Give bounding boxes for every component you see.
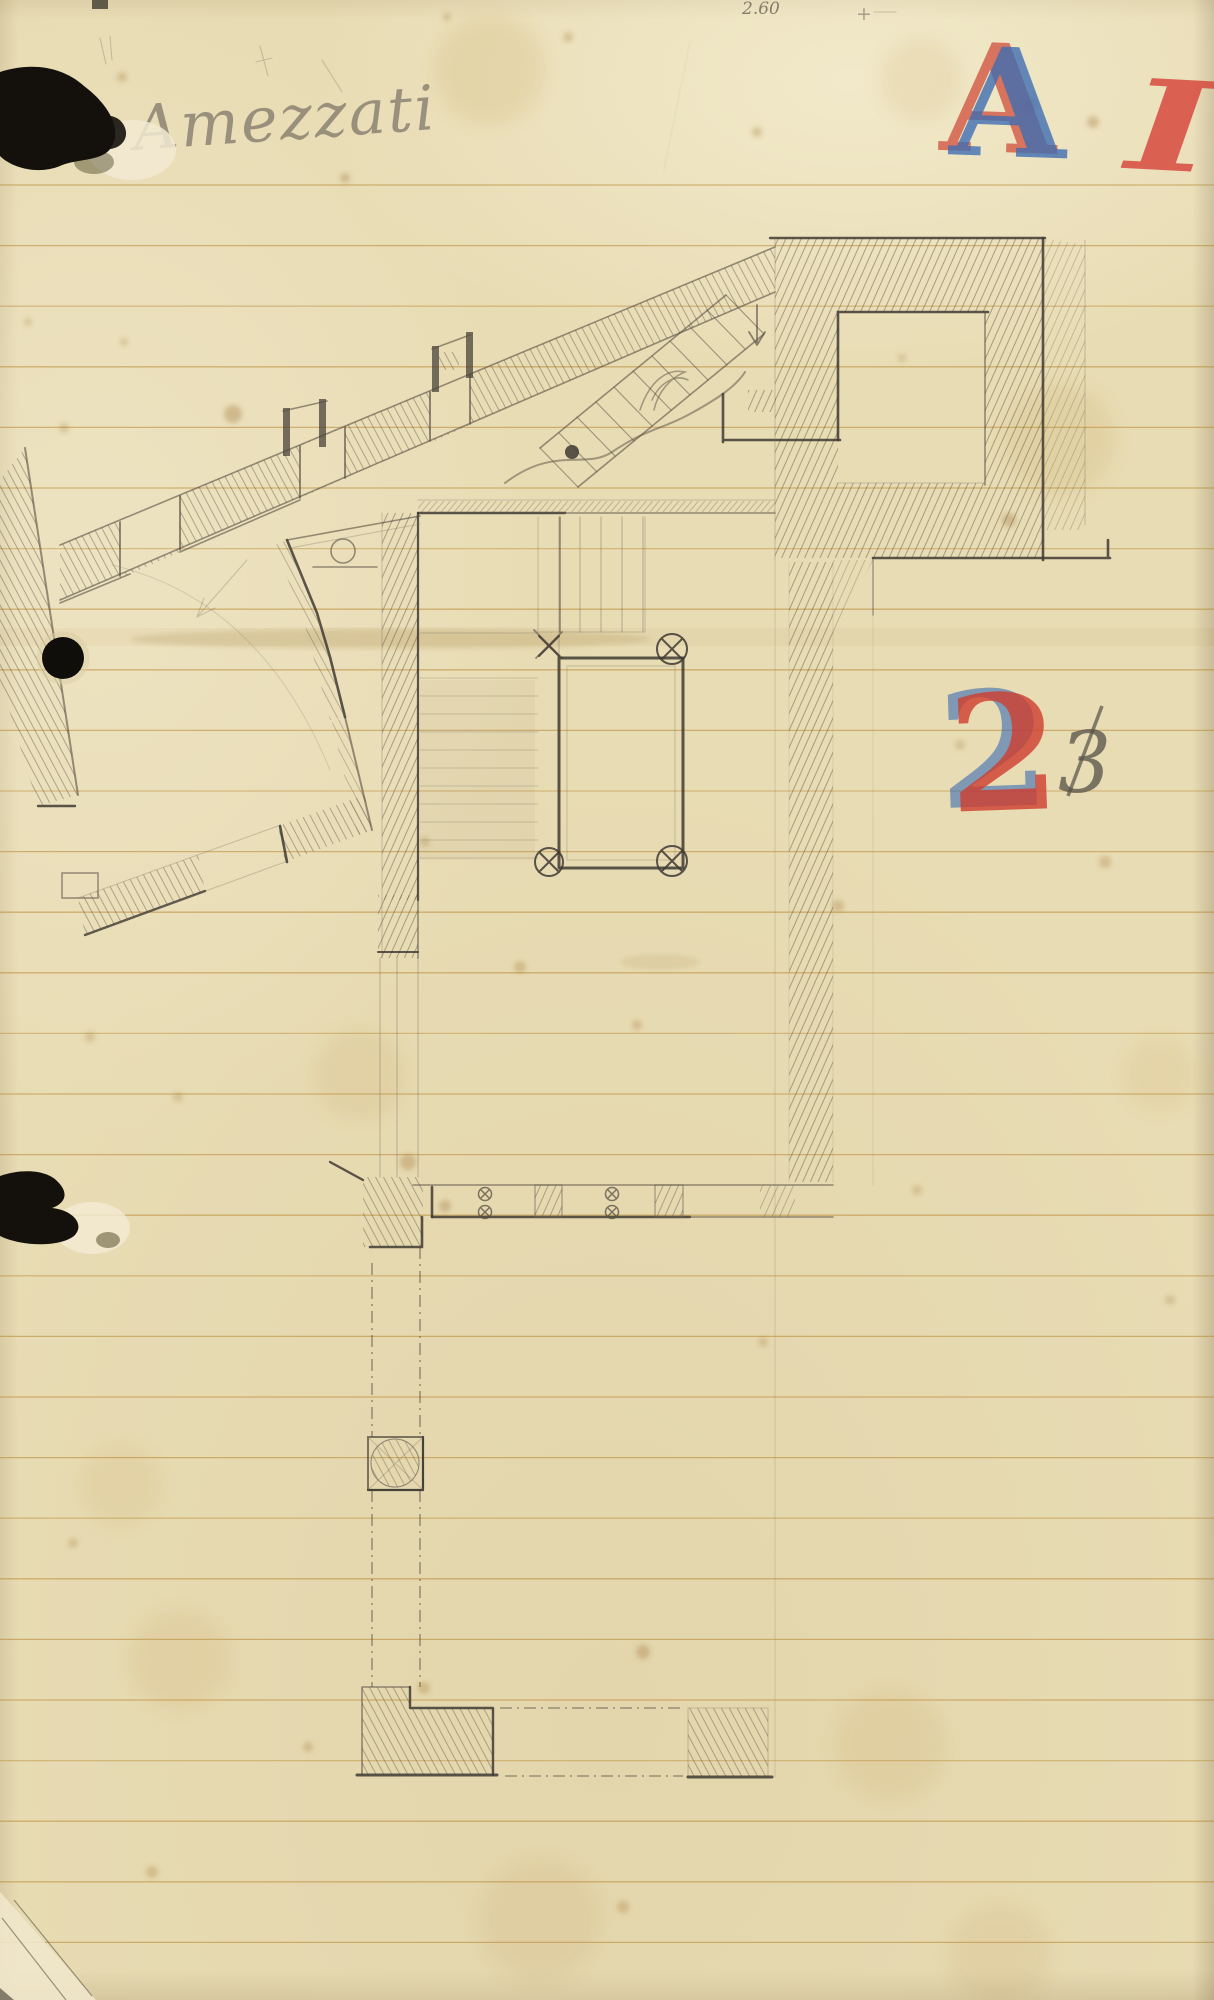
scanned-paper-sheet: Amezzati 2.60 + A A I 2 2 3	[0, 0, 1214, 2000]
mark-numeral-i: I	[1119, 50, 1214, 202]
axis-lines-and-pillar	[368, 1247, 423, 1687]
stair-newel	[565, 445, 579, 459]
hall-left-wall	[330, 513, 432, 1247]
hall-staircase	[420, 517, 645, 860]
pencil-plus-mark: +	[856, 3, 896, 25]
punch-hole	[39, 634, 87, 682]
svg-text:+: +	[856, 3, 872, 25]
mark-number-two: 2 2	[935, 654, 1063, 850]
square-pillar	[368, 1437, 423, 1490]
svg-text:A: A	[946, 14, 1073, 194]
top-edge-notch	[92, 0, 108, 9]
right-wall-strip	[789, 560, 873, 1182]
mark-number-three-slashed: 3	[1058, 706, 1111, 812]
svg-text:I: I	[1119, 50, 1214, 202]
svg-text:3: 3	[1058, 714, 1111, 812]
bottom-left-corner-tear	[0, 1892, 96, 2000]
left-margin-tear	[0, 1171, 130, 1254]
mark-letter-a: A A	[936, 10, 1073, 194]
floor-plan-drawing	[0, 238, 1110, 1777]
hall-top-wall	[418, 500, 775, 513]
leaf-flourish	[640, 371, 688, 410]
down-arrow	[749, 305, 765, 345]
lower-left-wing	[60, 560, 372, 935]
pencil-arrow	[197, 560, 247, 617]
svg-text:2: 2	[945, 658, 1063, 850]
pencil-dimension-note: 2.60	[741, 0, 780, 19]
top-right-wall-block	[723, 238, 1110, 615]
round-fixture	[331, 539, 355, 563]
scan-artwork: Amezzati 2.60 + A A I 2 2 3	[0, 0, 1214, 2000]
colonnade	[413, 1185, 833, 1219]
